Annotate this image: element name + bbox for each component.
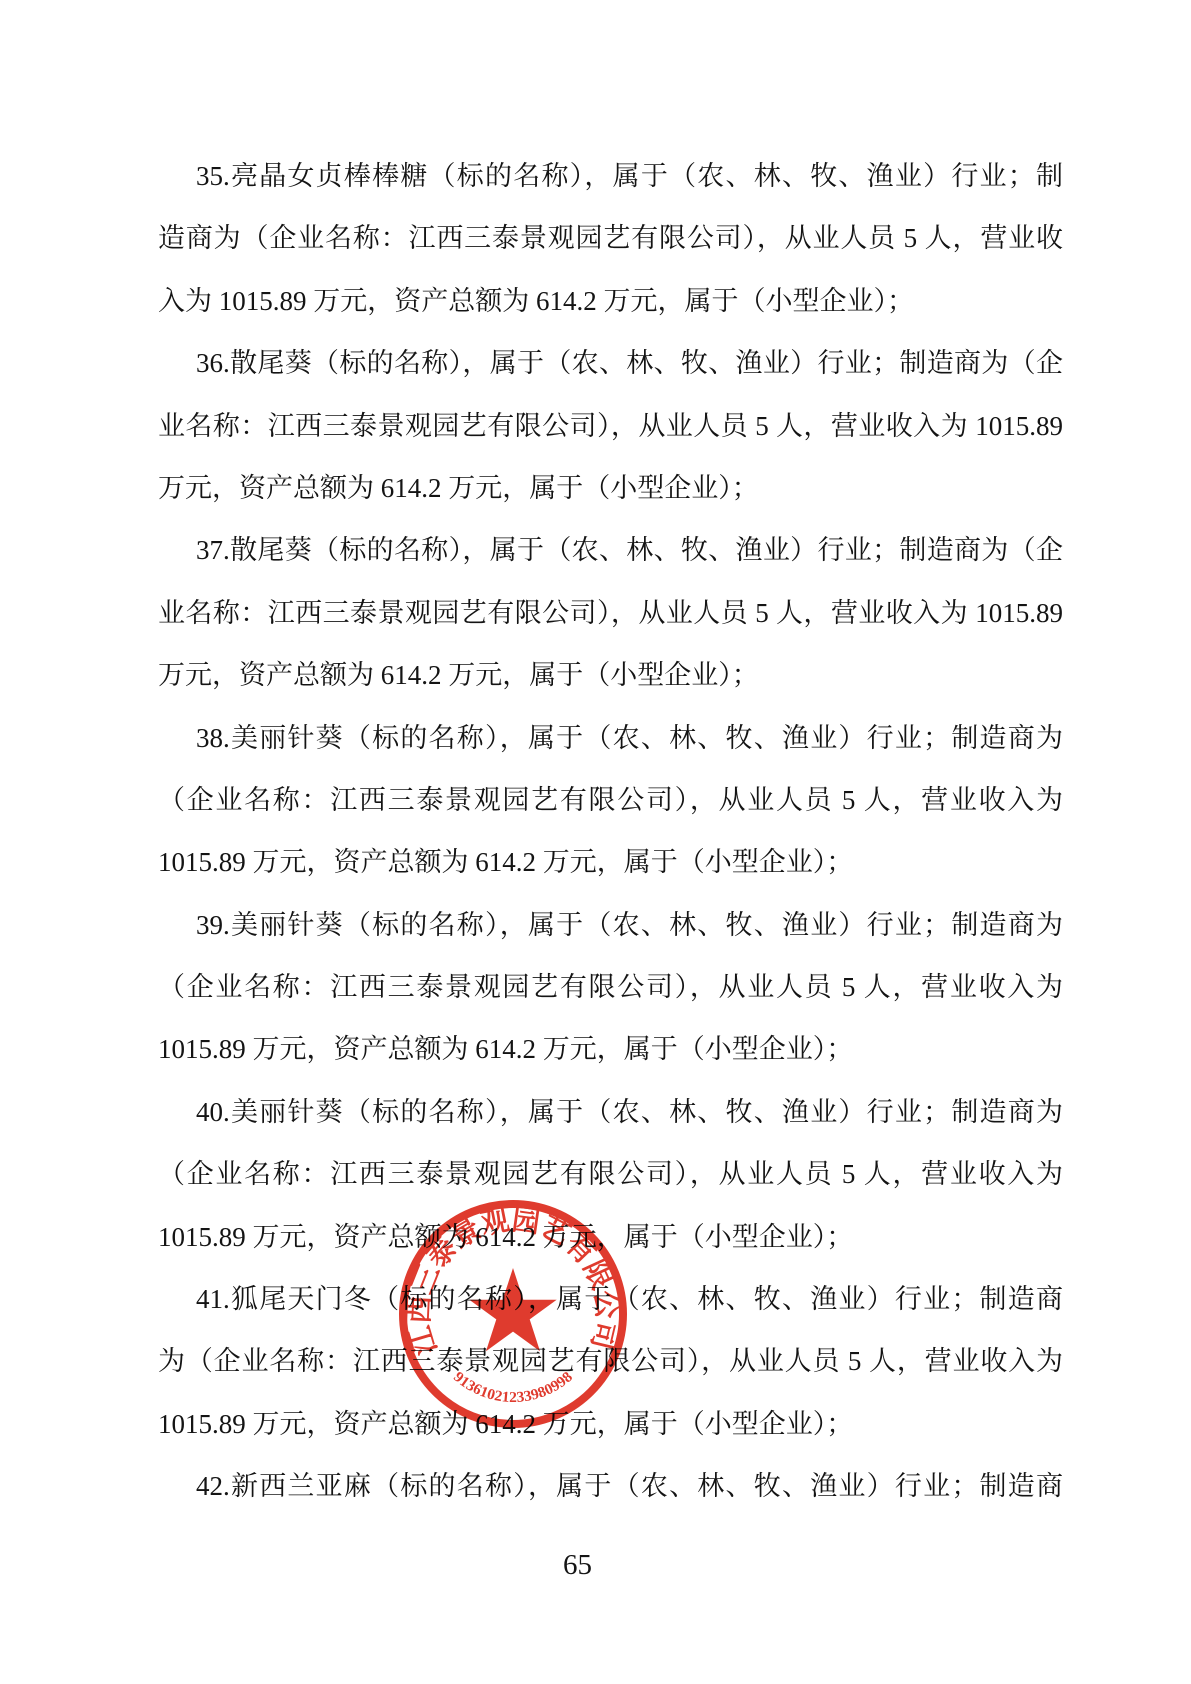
text-line-39-3: 1015.89 万元，资产总额为 614.2 万元，属于（小型企业）；	[158, 1018, 1063, 1080]
document-page: 35.亮晶女贞棒棒糖（标的名称），属于（农、林、牧、渔业）行业；制造商为（企业名…	[0, 0, 1191, 1684]
star-icon	[469, 1268, 556, 1351]
text-line-35-2: 造商为（企业名称：江西三泰景观园艺有限公司），从业人员 5 人，营业收	[158, 207, 1063, 269]
text-line-36-2: 业名称：江西三泰景观园艺有限公司），从业人员 5 人，营业收入为 1015.89	[158, 395, 1063, 457]
text-line-37-2: 业名称：江西三泰景观园艺有限公司），从业人员 5 人，营业收入为 1015.89	[158, 582, 1063, 644]
text-line-36-1: 36.散尾葵（标的名称），属于（农、林、牧、渔业）行业；制造商为（企	[158, 332, 1063, 394]
text-line-38-3: 1015.89 万元，资产总额为 614.2 万元，属于（小型企业）；	[158, 831, 1063, 893]
company-seal-stamp: 江西三泰景观园艺有限公司 91361021233980998	[393, 1194, 633, 1434]
text-line-42-1: 42.新西兰亚麻（标的名称），属于（农、林、牧、渔业）行业；制造商	[158, 1455, 1063, 1517]
text-line-39-2: （企业名称：江西三泰景观园艺有限公司），从业人员 5 人，营业收入为	[158, 956, 1063, 1018]
text-line-40-1: 40.美丽针葵（标的名称），属于（农、林、牧、渔业）行业；制造商为	[158, 1081, 1063, 1143]
text-line-37-1: 37.散尾葵（标的名称），属于（农、林、牧、渔业）行业；制造商为（企	[158, 519, 1063, 581]
text-line-38-1: 38.美丽针葵（标的名称），属于（农、林、牧、渔业）行业；制造商为	[158, 707, 1063, 769]
page-number: 65	[0, 1549, 1155, 1582]
text-line-35-3: 入为 1015.89 万元，资产总额为 614.2 万元，属于（小型企业）；	[158, 270, 1063, 332]
text-line-39-1: 39.美丽针葵（标的名称），属于（农、林、牧、渔业）行业；制造商为	[158, 894, 1063, 956]
text-line-37-3: 万元，资产总额为 614.2 万元，属于（小型企业）；	[158, 644, 1063, 706]
text-line-36-3: 万元，资产总额为 614.2 万元，属于（小型企业）；	[158, 457, 1063, 519]
text-line-35-1: 35.亮晶女贞棒棒糖（标的名称），属于（农、林、牧、渔业）行业；制	[158, 145, 1063, 207]
text-line-38-2: （企业名称：江西三泰景观园艺有限公司），从业人员 5 人，营业收入为	[158, 769, 1063, 831]
stamp-code: 91361021233980998	[450, 1369, 576, 1406]
